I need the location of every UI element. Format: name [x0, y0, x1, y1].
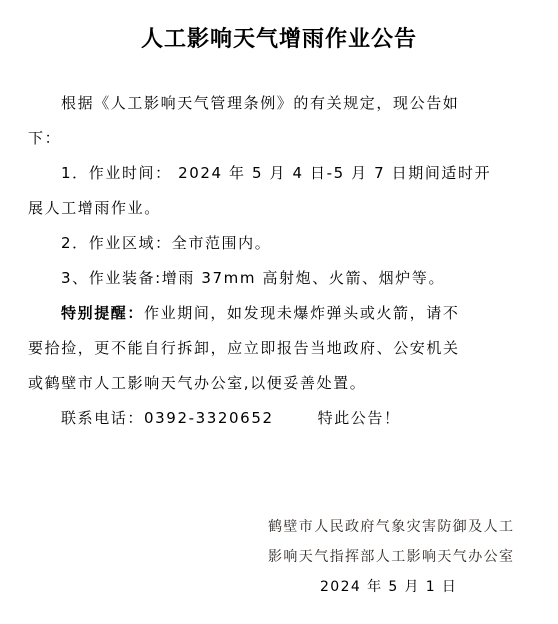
- intro-line-2: 下：: [28, 121, 518, 156]
- intro-line-1: 根据《人工影响天气管理条例》的有关规定，现公告如: [28, 86, 518, 121]
- item-1-line-2: 展人工增雨作业。: [28, 191, 518, 226]
- notice-body: 根据《人工影响天气管理条例》的有关规定，现公告如 下： 1．作业时间： 2024…: [28, 86, 518, 436]
- item-1-line-1: 1．作业时间： 2024 年 5 月 4 日-5 月 7 日期间适时开: [28, 156, 518, 191]
- reminder-line-1: 特别提醒：作业期间，如发现未爆炸弹头或火箭，请不: [28, 296, 518, 331]
- item-2-line: 2．作业区域：全市范围内。: [28, 226, 518, 261]
- reminder-line-2: 要拾捡，更不能自行拆卸，应立即报告当地政府、公安机关: [28, 331, 518, 366]
- contact-phone: 0392-3320652: [144, 409, 274, 427]
- reminder-label: 特别提醒：: [61, 304, 144, 322]
- item-3-line: 3、作业装备:增雨 37mm 高射炮、火箭、烟炉等。: [28, 261, 518, 296]
- signature-org-line-1: 鹤壁市人民政府气象灾害防御及人工: [268, 512, 508, 542]
- reminder-line-3: 或鹤壁市人工影响天气办公室,以便妥善处置。: [28, 366, 518, 401]
- notice-title: 人工影响天气增雨作业公告: [0, 22, 558, 53]
- signature-date: 2024 年 5 月 1 日: [268, 572, 508, 602]
- reminder-text-1: 作业期间，如发现未爆炸弹头或火箭，请不: [144, 304, 459, 322]
- contact-line: 联系电话：0392-3320652特此公告！: [28, 401, 518, 436]
- signature-block: 鹤壁市人民政府气象灾害防御及人工 影响天气指挥部人工影响天气办公室 2024 年…: [268, 512, 508, 602]
- closing-text: 特此公告！: [318, 409, 401, 427]
- contact-label: 联系电话：: [61, 409, 144, 427]
- signature-org-line-2: 影响天气指挥部人工影响天气办公室: [268, 542, 508, 572]
